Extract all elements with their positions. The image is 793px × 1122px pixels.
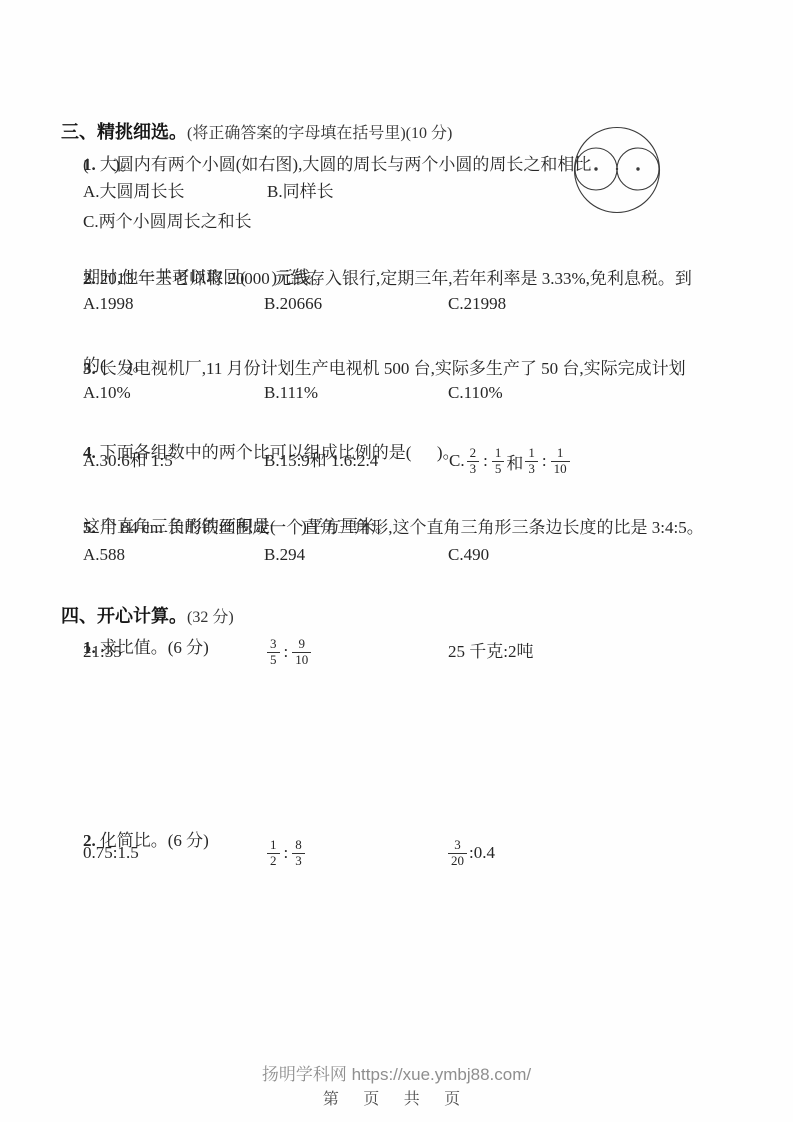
q2-option-a: A.1998 <box>83 289 134 319</box>
fraction-1-2: 12 <box>267 838 280 868</box>
fraction-9-10: 910 <box>292 637 311 667</box>
q2-option-b: B.20666 <box>264 289 322 319</box>
ratio-colon: : <box>284 642 289 662</box>
q3-option-c: C.110% <box>448 378 503 408</box>
calc2-item1: 0.75:1.5 <box>83 838 139 868</box>
q1-line1: 1.大圆内有两个小圆(如右图),大圆的周长与两个小圆的周长之和相比 <box>66 120 591 150</box>
circles-figure <box>573 126 661 214</box>
fraction-3-20: 320 <box>448 838 467 868</box>
calc1-label-line: 1.求比值。(6 分) <box>66 603 209 633</box>
q4-option-b: B.15:9和 1.6:2.4 <box>264 446 378 476</box>
calc2-item3: 320 :0.4 <box>448 829 497 877</box>
q4-option-a: A.30:6和 1:5 <box>83 446 173 476</box>
q1-line2: ( )。 <box>83 150 137 180</box>
q5-line2: 这个直角三角形的面积是( )平方厘米。 <box>83 512 392 542</box>
q4-option-c: C. 23 : 15 和 13 : 110 <box>447 437 570 485</box>
q3-text: 长发电视机厂,11 月份计划生产电视机 500 台,实际多生产了 50 台,实际… <box>100 359 686 378</box>
calc2-label-line: 2.化简比。(6 分) <box>66 796 209 826</box>
fraction-8-3: 83 <box>292 838 305 868</box>
q2-option-c: C.21998 <box>448 289 506 319</box>
calc1-item3: 25 千克:2吨 <box>448 637 533 667</box>
section3-header: 三、精挑细选。(将正确答案的字母填在括号里)(10 分) <box>44 87 452 117</box>
calc2-item2: 12 : 83 <box>267 829 305 877</box>
calc1-item1: 21:35 <box>83 637 122 667</box>
q4-option-c-prefix: C. <box>449 451 465 471</box>
q5-line1: 5.用 84 cm 长的铁丝围成一个直角三角形,这个直角三角形三条边长度的比是 … <box>66 483 704 513</box>
q1-option-b: B.同样长 <box>267 177 334 207</box>
q3-option-a: A.10% <box>83 378 131 408</box>
q3-line1: 3.长发电视机厂,11 月份计划生产电视机 500 台,实际多生产了 50 台,… <box>66 324 686 354</box>
section4-header: 四、开心计算。(32 分) <box>44 571 234 601</box>
fraction-1-3: 13 <box>525 446 538 476</box>
footer-page-label: 第 页 共 页 <box>0 1089 793 1111</box>
q1-option-a: A.大圆周长长 <box>83 177 185 207</box>
q2-line1: 2.2013 年王老师将 20000 元钱存入银行,定期三年,若年利率是 3.3… <box>66 234 692 264</box>
ratio-colon: : <box>284 843 289 863</box>
q5-option-a: A.588 <box>83 540 125 570</box>
ratio-colon: : <box>542 451 547 471</box>
right-center-dot <box>636 167 639 170</box>
left-center-dot <box>594 167 597 170</box>
q1-option-c: C.两个小圆周长之和长 <box>83 207 252 237</box>
fraction-2-3: 23 <box>467 446 480 476</box>
exam-paper-page: 三、精挑细选。(将正确答案的字母填在括号里)(10 分) 1.大圆内有两个小圆(… <box>0 0 793 1122</box>
q4-option-c-and: 和 <box>506 449 523 474</box>
q5-option-c: C.490 <box>448 540 489 570</box>
q3-line2: 的( )。 <box>83 351 150 381</box>
tangent-point-dot <box>616 168 618 170</box>
calc1-item2: 35 : 910 <box>267 628 311 676</box>
fraction-1-5: 15 <box>492 446 505 476</box>
fraction-1-10: 110 <box>551 446 570 476</box>
q1-text: 大圆内有两个小圆(如右图),大圆的周长与两个小圆的周长之和相比 <box>100 155 592 174</box>
fraction-3-5: 35 <box>267 637 280 667</box>
footer-watermark: 扬明学科网 https://xue.ymbj88.com/ <box>0 1064 793 1086</box>
calc2-item3-rest: :0.4 <box>469 843 495 863</box>
q3-option-b: B.111% <box>264 378 318 408</box>
q4-line1: 4.下面各组数中的两个比可以组成比例的是( )。 <box>66 408 460 438</box>
ratio-colon: : <box>483 451 488 471</box>
q5-option-b: B.294 <box>264 540 305 570</box>
